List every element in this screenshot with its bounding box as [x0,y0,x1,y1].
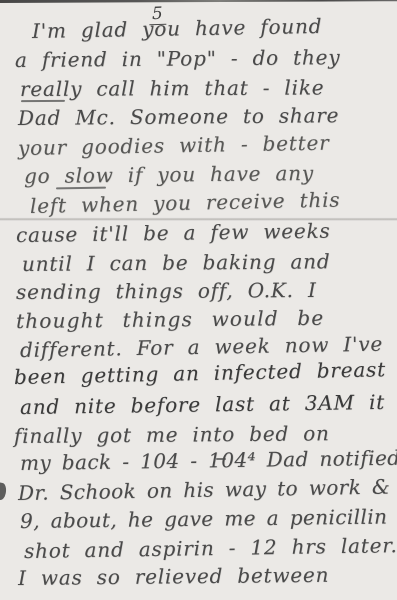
scan-edge-top [0,0,397,3]
handwritten-line: a friend in "Pop" - do they [15,44,341,73]
handwritten-line: I'm glad you have found [32,13,323,44]
handwritten-line: 9, about, he gave me a penicillin [20,504,388,534]
handwritten-line: go slow if you have any [24,160,314,189]
handwritten-line: my back - 104 - 104⁴ Dad notified [20,445,397,476]
underline-really [21,100,65,102]
handwritten-line: sending things off, O.K. I [16,277,317,305]
handwritten-line: Dr. Schook on his way to work & at [18,473,397,506]
underline-slow [56,187,106,190]
letter-page: 5 I'm glad you have found a friend in "P… [0,0,397,600]
handwritten-line: until I can be baking and [22,248,331,277]
handwritten-line: shot and aspirin - 12 hrs later. [24,532,397,564]
handwritten-line: left when you receive this [30,187,341,219]
handwritten-line: cause it'll be a few weeks [16,218,331,248]
handwritten-line: finally got me into bed on [14,420,330,449]
ink-smudge [0,482,8,500]
handwritten-line: your goodies with - better [18,130,330,161]
handwritten-line: I was so relieved between [18,562,330,591]
handwritten-line: thought things would be [16,305,325,334]
underline-104-superscript [216,458,226,460]
handwritten-line: really call him that - like [20,74,324,102]
handwritten-line: and nite before last at 3AM it [20,389,385,420]
handwritten-line: Dad Mc. Someone to share [18,102,339,131]
